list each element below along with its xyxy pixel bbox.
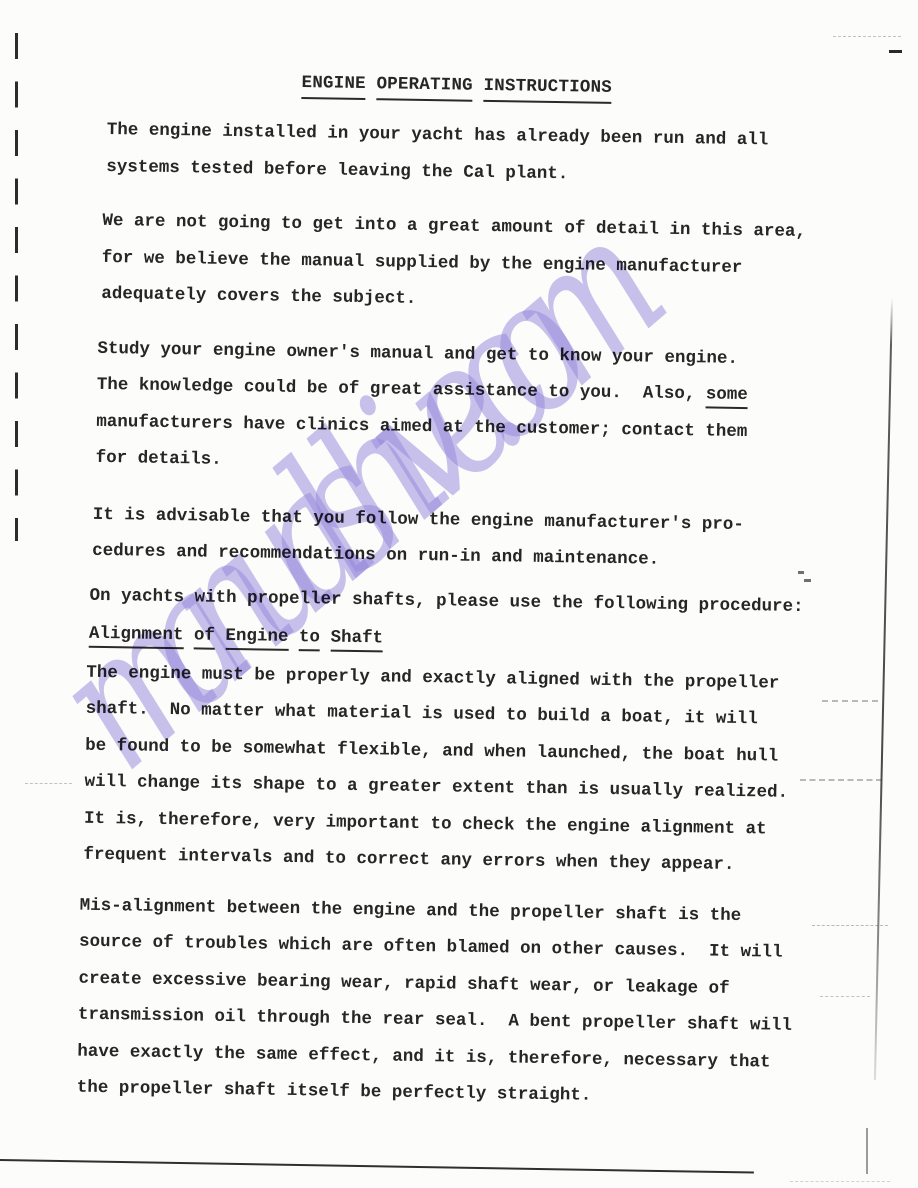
paragraph: We are not going to get into a great amo…	[101, 203, 826, 324]
page-edge-line	[874, 298, 893, 1080]
scan-speck	[804, 579, 811, 582]
paragraph: The engine installed in your yacht has a…	[106, 112, 827, 196]
text-segment: On yachts with propeller shafts, please …	[89, 585, 803, 616]
text-segment: Study your engine owner's manual and get…	[97, 338, 738, 368]
text-segment: source of troubles which are often blame…	[79, 932, 783, 963]
scan-artifact-dash	[800, 779, 882, 781]
text-segment: adequately covers the subject.	[101, 284, 416, 309]
text-segment: It is advisable that you follow the engi…	[93, 504, 744, 534]
paragraph: The engine must be properly and exactly …	[83, 654, 818, 884]
scan-artifact-dash	[822, 700, 878, 702]
bottom-rule	[0, 1159, 754, 1174]
scan-artifact-dash	[812, 925, 888, 926]
heading-word: Shaft	[330, 628, 383, 653]
heading-word: Engine	[225, 626, 288, 651]
scan-artifact-dash	[889, 50, 902, 53]
scanned-manual-page: ENGINE OPERATING INSTRUCTIONS The engine…	[0, 0, 918, 1188]
text-segment: create excessive bearing wear, rapid sha…	[78, 968, 729, 998]
document-content: The engine installed in your yacht has a…	[91, 112, 827, 1118]
heading-word: Alignment	[89, 624, 184, 649]
text-segment: have exactly the same effect, and it is,…	[77, 1041, 770, 1072]
text-segment: shaft. No matter what material is used t…	[86, 699, 758, 730]
scan-artifact-dash	[790, 1181, 890, 1182]
scan-artifact-dash	[820, 996, 870, 997]
page-title: ENGINE OPERATING INSTRUCTIONS	[301, 73, 827, 101]
underlined-word: some	[706, 384, 748, 409]
document-body: ENGINE OPERATING INSTRUCTIONS The engine…	[91, 56, 827, 1118]
heading-word: to	[299, 627, 320, 651]
text-segment: We are not going to get into a great amo…	[102, 211, 806, 242]
text-segment: be found to be somewhat flexible, and wh…	[85, 735, 778, 766]
title-word: INSTRUCTIONS	[483, 76, 612, 104]
text-segment: The knowledge could be of great assistan…	[97, 375, 706, 405]
text-segment: for details.	[96, 448, 222, 470]
text-segment: The engine must be properly and exactly …	[86, 662, 779, 693]
binding-marks	[15, 33, 18, 541]
paragraph: Study your engine owner's manual and get…	[95, 330, 823, 487]
text-segment: systems tested before leaving the Cal pl…	[106, 156, 568, 183]
heading-word: of	[194, 625, 215, 649]
paragraph: It is advisable that you follow the engi…	[92, 496, 821, 580]
text-segment: for we believe the manual supplied by th…	[102, 247, 743, 277]
title-word: OPERATING	[376, 74, 473, 102]
text-segment: cedures and recommendations on run-in an…	[92, 541, 659, 570]
scan-artifact-dash	[833, 36, 901, 37]
title-word: ENGINE	[301, 73, 366, 100]
text-segment: will change its shape to a greater exten…	[84, 772, 788, 803]
scan-speck	[798, 571, 804, 574]
text-segment: frequent intervals and to correct any er…	[83, 845, 734, 875]
page-edge-line-tail	[866, 1128, 868, 1174]
text-segment: Mis-alignment between the engine and the…	[80, 895, 742, 925]
text-segment: the propeller shaft itself be perfectly …	[77, 1078, 592, 1106]
scan-artifact-dash	[25, 783, 72, 784]
text-segment: It is, therefore, very important to chec…	[84, 808, 767, 839]
text-segment: transmission oil through the rear seal. …	[78, 1005, 792, 1036]
paragraph: Mis-alignment between the engine and the…	[77, 887, 815, 1118]
text-segment: The engine installed in your yacht has a…	[107, 120, 769, 150]
text-segment: manufacturers have clinics aimed at the …	[96, 411, 747, 441]
